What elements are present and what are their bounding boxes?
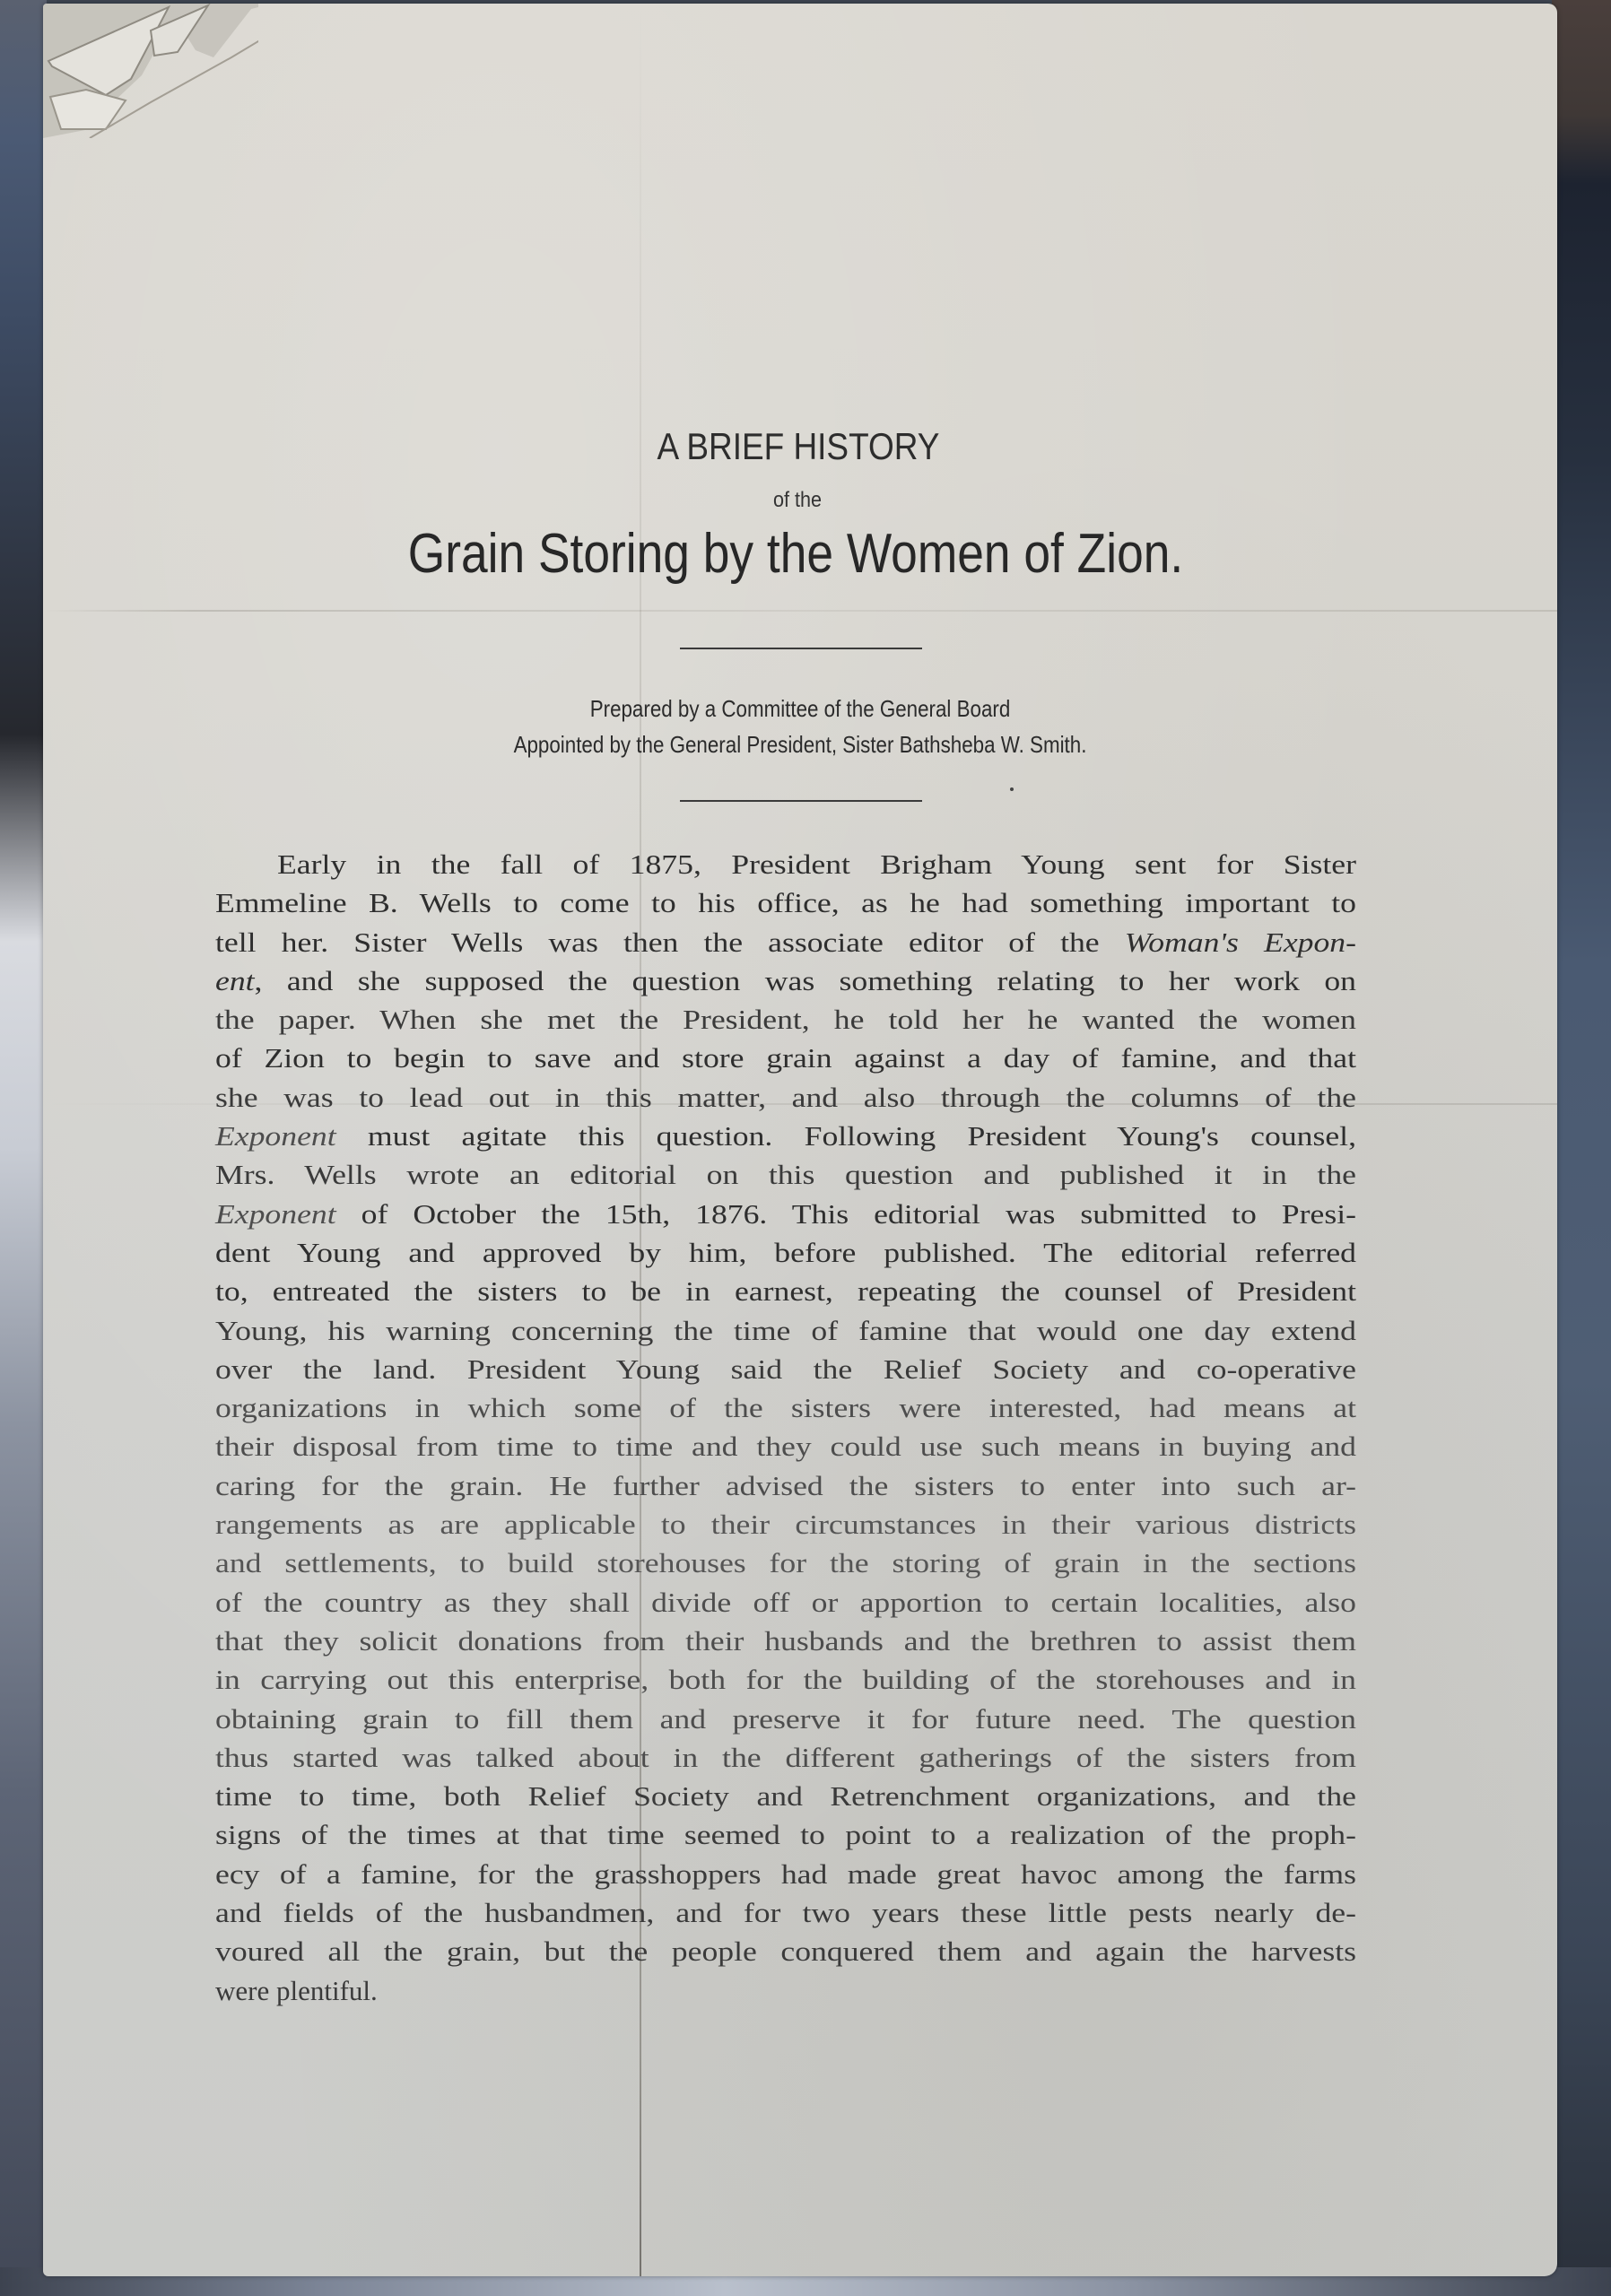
divider-rule: [680, 800, 922, 802]
body-line: Emmeline B. Wells to come to his office,…: [215, 883, 1356, 922]
body-line: of the country as they shall divide off …: [215, 1583, 1356, 1622]
body-line: thus started was talked about in the dif…: [215, 1738, 1356, 1777]
body-line: obtaining grain to fill them and preserv…: [215, 1700, 1356, 1738]
prepared-by-line-2: Appointed by the General President, Sist…: [149, 726, 1451, 762]
prepared-by-credit: Prepared by a Committee of the General B…: [43, 691, 1557, 762]
torn-corner: [43, 4, 258, 138]
italic-publication-title: Woman's Expon-: [1125, 926, 1356, 958]
body-line: time to time, both Relief Society and Re…: [215, 1777, 1356, 1815]
body-line: voured all the grain, but the people con…: [215, 1932, 1356, 1970]
body-line: Young, his warning concerning the time o…: [215, 1311, 1356, 1350]
body-line: rangements as are applicable to their ci…: [215, 1505, 1356, 1544]
italic-publication-title: Exponent: [215, 1120, 336, 1152]
body-line: over the land. President Young said the …: [215, 1350, 1356, 1388]
body-line: the paper. When she met the President, h…: [215, 1000, 1356, 1039]
body-line-text: must agitate this question. Following Pr…: [336, 1120, 1356, 1152]
body-line: to, entreated the sisters to be in earne…: [215, 1272, 1356, 1310]
body-line-text: and she supposed the question was someth…: [287, 965, 1356, 996]
body-line: in carrying out this enterprise, both fo…: [215, 1660, 1356, 1699]
body-line: and fields of the husbandmen, and for tw…: [215, 1893, 1356, 1932]
body-line: Early in the fall of 1875, President Bri…: [215, 845, 1356, 883]
body-line-text: of October the 15th, 1876. This editoria…: [336, 1198, 1356, 1230]
body-line: that they solicit donations from their h…: [215, 1622, 1356, 1660]
body-line: ecy of a famine, for the grasshoppers ha…: [215, 1855, 1356, 1893]
body-line: of Zion to begin to save and store grain…: [215, 1039, 1356, 1077]
backdrop-right: [1552, 0, 1611, 2296]
body-line-text: ,: [255, 965, 287, 996]
document-heading: A BRIEF HISTORY of the Grain Storing by …: [43, 425, 1557, 586]
body-line: signs of the times at that time seemed t…: [215, 1815, 1356, 1854]
body-line: Mrs. Wells wrote an editorial on this qu…: [215, 1155, 1356, 1194]
body-line: were plentiful.: [215, 1971, 1356, 2010]
prepared-by-line-1: Prepared by a Committee of the General B…: [149, 691, 1451, 726]
body-line: caring for the grain. He further advised…: [215, 1466, 1356, 1505]
body-line: Exponent must agitate this question. Fol…: [215, 1117, 1356, 1155]
divider-rule: [680, 648, 922, 649]
body-line: ent, and she supposed the question was s…: [215, 961, 1356, 1000]
heading-connector: of the: [114, 488, 1482, 513]
body-line: Exponent of October the 15th, 1876. This…: [215, 1195, 1356, 1233]
heading-small: A BRIEF HISTORY: [657, 425, 940, 468]
paper-speck: [1010, 787, 1014, 791]
body-line: tell her. Sister Wells was then the asso…: [215, 923, 1356, 961]
backdrop-left: [0, 0, 47, 2296]
italic-publication-title: Exponent: [215, 1198, 336, 1230]
body-line: dent Young and approved by him, before p…: [215, 1233, 1356, 1272]
body-line-text: tell her. Sister Wells was then the asso…: [215, 926, 1125, 958]
body-line: and settlements, to build storehouses fo…: [215, 1544, 1356, 1582]
italic-publication-title: ent: [215, 965, 255, 996]
document-page: A BRIEF HISTORY of the Grain Storing by …: [43, 4, 1557, 2276]
torn-corner-flaps-icon: [43, 4, 258, 138]
horizontal-fold-crease: [43, 610, 1557, 612]
body-line: their disposal from time to time and the…: [215, 1427, 1356, 1465]
body-line: she was to lead out in this matter, and …: [215, 1078, 1356, 1117]
page-title: Grain Storing by the Women of Zion.: [141, 522, 1450, 586]
body-paragraph: Early in the fall of 1875, President Bri…: [215, 845, 1356, 2010]
body-line: organizations in which some of the siste…: [215, 1388, 1356, 1427]
